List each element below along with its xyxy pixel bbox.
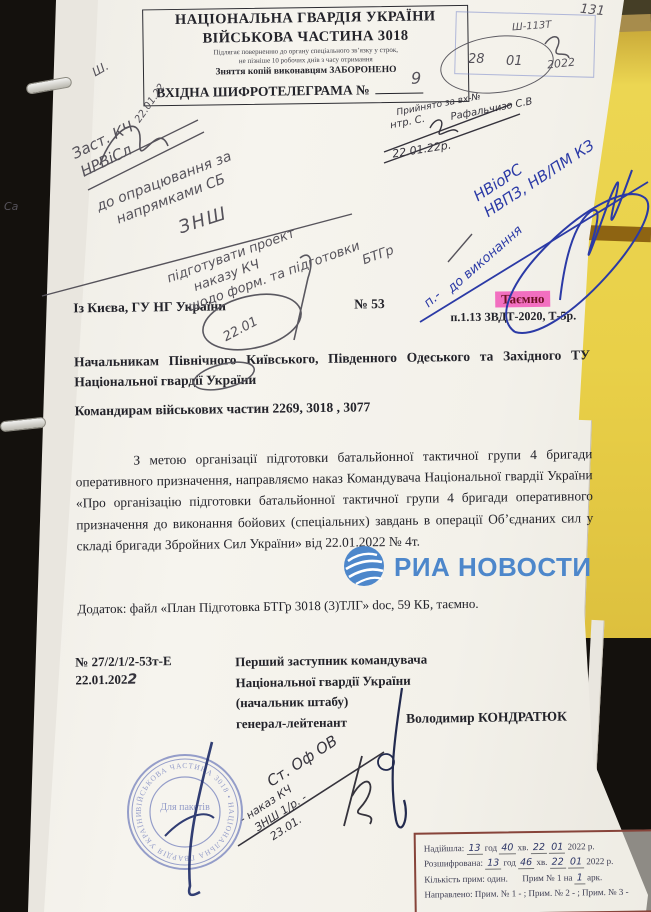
signer-name: Володимир КОНДРАТЮК: [406, 709, 567, 727]
signer-position: Перший заступник командувача Національно…: [235, 650, 428, 735]
table-label: год: [485, 843, 497, 853]
handwritten-value: 13: [466, 843, 482, 855]
table-label: хв.: [518, 842, 529, 852]
table-row: Направлено: Прим. № 1 - ; Прим. № 2 - ; …: [424, 884, 651, 902]
reference-date-typed: 22.01.202: [75, 672, 127, 688]
table-label: Надійшла:: [424, 843, 464, 854]
handwritten-value: 01: [568, 857, 584, 869]
ria-watermark-text: РИА НОВОСТИ: [394, 552, 592, 583]
attachment-line: Додаток: файл «План Підготовка БТГр 3018…: [77, 596, 478, 618]
reference-number: № 27/2/1/2-53т-Е: [75, 653, 172, 670]
table-label: Прим № 1 на: [522, 872, 572, 883]
secrecy-basis: п.1.13 ЗВДТ-2020, Т-5р.: [450, 308, 576, 325]
table-label: Кількість прим: один.: [424, 873, 508, 884]
telegram-number: № 53: [354, 296, 385, 312]
table-label: арк.: [587, 872, 602, 882]
reference-date: 22.01.2022: [75, 672, 137, 689]
handwritten-date-digit: 2: [127, 672, 137, 688]
handwritten-incoming-number: 9: [411, 69, 421, 88]
table-label: хв.: [536, 857, 547, 867]
handwritten-day: 28: [468, 52, 485, 67]
handwritten-month: 01: [506, 54, 523, 69]
header-box: НАЦІОНАЛЬНА ГВАРДІЯ УКРАЇНИ ВІЙСЬКОВА ЧА…: [142, 5, 469, 107]
addressees: Начальникам Північного Київського, Півде…: [74, 345, 591, 393]
handwritten-value: 22: [550, 857, 566, 869]
handwritten-value: 40: [499, 842, 515, 854]
handwritten-value: 13: [485, 858, 501, 870]
signer-position-line: (начальник штабу): [236, 691, 428, 714]
org-name: НАЦІОНАЛЬНА ГВАРДІЯ УКРАЇНИ: [143, 8, 467, 30]
handwritten-value: 1: [575, 872, 585, 884]
body-paragraph: З метою організації підготовки батальйон…: [75, 443, 593, 556]
handwritten-value: 01: [549, 842, 565, 854]
handwritten-value: 46: [518, 857, 534, 869]
incoming-label-text: ВХІДНА ШИФРОТЕЛЕГРАМА №: [156, 83, 370, 101]
handwritten-note: Са: [4, 200, 18, 213]
signer-position-line: Перший заступник командувача: [235, 650, 427, 673]
document-photo: НАЦІОНАЛЬНА ГВАРДІЯ УКРАЇНИ ВІЙСЬКОВА ЧА…: [0, 0, 651, 912]
addressees-units: Командирам військових частин 2269, 3018 …: [75, 399, 371, 419]
signer-rank: генерал-лейтенант: [236, 711, 428, 734]
table-label: год: [503, 858, 515, 868]
secrecy-stamp: Таємно: [495, 291, 551, 308]
table-label: 2022 р.: [586, 856, 613, 866]
table-label: 2022 р.: [568, 841, 595, 851]
table-label: Розшифрована:: [424, 858, 483, 869]
table-label: Направлено: Прим. № 1 - ; Прим. № 2 - ; …: [424, 887, 628, 900]
signer-position-line: Національної гвардії України: [235, 670, 427, 693]
handwritten-value: 22: [531, 842, 547, 854]
decryption-table: Надійшла: 13 год 40 хв. 22 01 2022 р. Ро…: [414, 829, 651, 912]
